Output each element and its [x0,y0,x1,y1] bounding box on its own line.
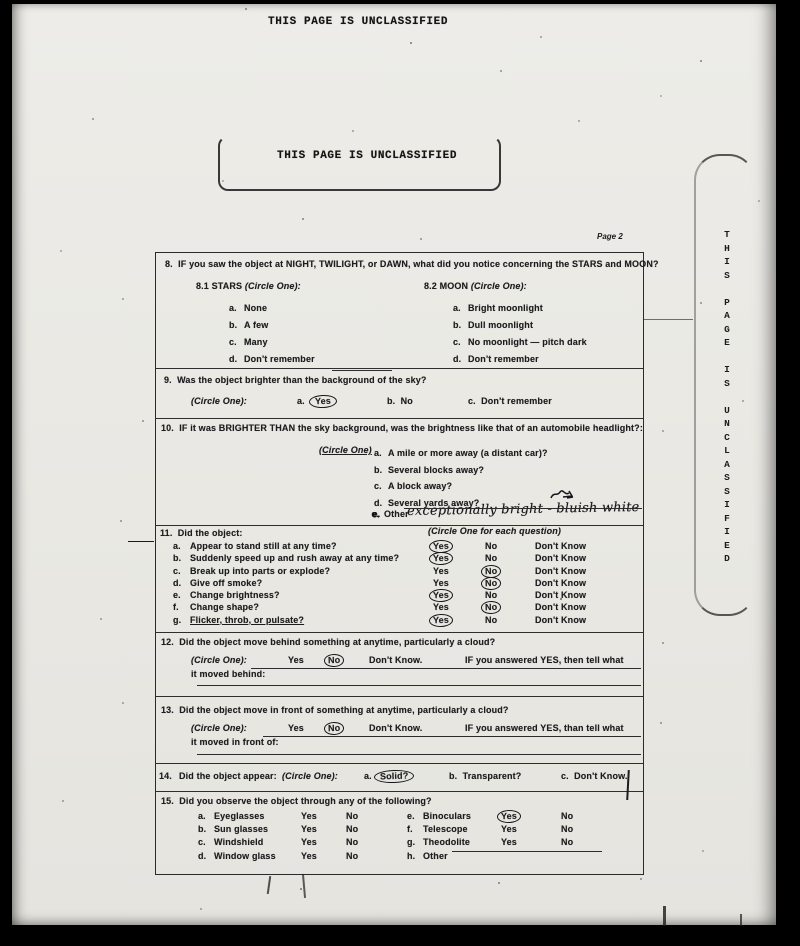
followup-text: it moved in front of: [191,737,279,747]
option-row: c.No moonlight — pitch dark [453,334,587,351]
circled-answer: Yes [429,552,453,566]
q11-rows: a. Appear to stand still at any time? Ye… [173,541,638,627]
circled-answer: Yes [497,810,521,824]
dont-know-option: Don't Know [535,553,586,563]
question-text: Did the object: [178,528,243,538]
no-option: No [561,811,573,821]
yes-option: Yes [433,578,485,588]
circle-one-label: (Circle One): [191,723,247,733]
circle-one-label: (Circle One): [471,281,527,291]
question-number: 9. [164,375,172,385]
circled-answer: Yes [429,589,453,603]
q8-moon-options: a.Bright moonlight b.Dull moonlight c.No… [453,300,587,368]
question-text: Was the object brighter than the backgro… [177,375,426,385]
no-option: No [346,811,358,821]
question-text: Did the object move behind something at … [179,637,495,647]
answer-line [197,685,641,686]
classification-stamp: THIS PAGE IS UNCLASSIFIED [277,150,457,162]
q8-moon-heading: 8.2 MOON [424,281,468,291]
divider [155,525,643,526]
strikeover-mark [332,370,392,371]
yes-option: Yes [288,655,304,665]
yes-option: Yes [501,824,561,834]
answer-line [197,754,641,755]
circle-one-label: (Circle One): [282,771,338,781]
no-option: No [485,615,535,625]
no-option: No [485,590,535,600]
divider [155,791,643,792]
scribble-mark-icon [550,489,576,501]
divider [155,696,643,697]
q10-options: a.A mile or more away (a distant car)? b… [374,445,548,510]
q15-row: a. Eyeglasses Yes No [198,811,398,824]
scanned-document-page: THIS PAGE IS UNCLASSIFIED THIS PAGE IS U… [0,0,800,946]
circled-answer: No [324,722,345,736]
q11-row: b. Suddenly speed up and rush away at an… [173,553,638,565]
q15-row: d. Window glass Yes No [198,851,398,864]
answer-line [251,668,641,669]
yes-option: Yes [301,851,346,861]
circled-answer: Yes [309,395,337,409]
yes-option: Yes [301,811,346,821]
stamp-bracket [218,136,501,191]
q15-row: g. Theodolite Yes No [407,837,637,850]
q15-row: c. Windshield Yes No [198,837,398,850]
no-option: No [485,541,535,551]
no-option: No [561,837,573,847]
question-number: 12. [161,637,174,647]
dont-know-option: Don't Know [535,541,586,551]
dont-know-option: Don't Know [535,590,586,600]
option-row: d.Don't remember [453,351,587,368]
answer-line [404,508,642,509]
answer-line [263,736,641,737]
q11-row: d. Give off smoke? Yes No Don't Know [173,578,638,590]
question-number: 13. [161,705,174,715]
circle-one-label: (Circle One) [319,445,372,455]
q15-row: h. Other [407,851,637,864]
question-number: 11. [160,528,172,538]
divider [155,632,643,633]
circled-answer: Yes [429,613,453,627]
q15-right-column: e. Binoculars Yes No f. Telescope Yes No… [407,811,637,864]
yes-option: Yes [301,824,346,834]
scan-noise [0,0,2,2]
question-number: 14. [159,771,172,781]
no-option: No [346,851,358,861]
q11-instruction: (Circle One for each question) [428,526,561,536]
q11-row: c. Break up into parts or explode? Yes N… [173,566,638,578]
q15-row: e. Binoculars Yes No [407,811,637,824]
stray-mark [643,319,693,320]
stray-mark [663,906,666,926]
question-text: IF you saw the object at NIGHT, TWILIGHT… [178,259,659,269]
q15-left-column: a. Eyeglasses Yes No b. Sun glasses Yes … [198,811,398,864]
circle-one-label: (Circle One): [191,655,247,665]
circled-answer: Solid? [374,769,415,783]
q11-row: a. Appear to stand still at any time? Ye… [173,541,638,553]
dont-know-option: Don't Know [535,578,586,588]
yes-option: Yes [288,723,304,733]
no-option: No [485,553,535,563]
followup-text: it moved behind: [191,669,265,679]
q11-row: g. Flicker, throb, or pulsate? Yes No Do… [173,615,638,627]
dont-know-option: Don't Know. [369,723,422,733]
divider [155,763,643,764]
question-text: Did the object appear: [179,771,277,781]
question-text: Did you observe the object through any o… [179,796,431,806]
stray-mark [128,541,154,542]
divider [155,418,643,419]
q15-row: f. Telescope Yes No [407,824,637,837]
circle-one-label: (Circle One): [191,396,247,406]
circled-answer: No [324,654,345,668]
no-option: No [346,837,358,847]
dont-know-option: Don't Know [535,566,586,576]
circled-answer: No [481,564,502,578]
circled-answer: No [481,577,502,591]
answer-line [452,851,602,852]
dont-know-option: Don't Know. [369,655,422,665]
dont-know-option: Don't Know [535,602,586,612]
circle-one-label: (Circle One): [245,281,301,291]
option-row: a.None [229,300,315,317]
option-row: d.Don't remember [229,351,315,368]
q8-stars-heading: 8.1 STARS [196,281,242,291]
option-row: c.Many [229,334,315,351]
followup-text: IF you answered YES, than tell what [465,723,624,733]
no-option: No [561,824,573,834]
question-text: IF it was BRIGHTER THAN the sky backgrou… [179,423,643,433]
question-number: 10. [161,423,174,433]
option-row: a.Bright moonlight [453,300,587,317]
handwritten-answer: exceptionally bright - bluish white [407,500,640,519]
questionnaire-box: 8. IF you saw the object at NIGHT, TWILI… [155,252,644,875]
yes-option: Yes [433,602,485,612]
question-text: Did the object move in front of somethin… [179,705,508,715]
option-row: a.A mile or more away (a distant car)? [374,445,548,462]
page-number-label: Page 2 [597,232,623,241]
followup-text: IF you answered YES, then tell what [465,655,624,665]
yes-option: Yes [501,837,561,847]
circled-answer: No [481,601,502,615]
question-number: 15. [161,796,174,806]
stray-mark [740,914,742,926]
q15-row: b. Sun glasses Yes No [198,824,398,837]
option-row: b.Dull moonlight [453,317,587,334]
option-row: b.Several blocks away? [374,462,548,479]
question-number: 8. [165,259,173,269]
q11-row: f. Change shape? Yes No Don't Know [173,602,638,614]
q8-stars-options: a.None b.A few c.Many d.Don't remember [229,300,315,368]
yes-option: Yes [301,837,346,847]
side-classification-label: T H I S P A G E I S U N C L A S S I F I … [720,228,734,566]
classification-banner-top: THIS PAGE IS UNCLASSIFIED [268,16,448,28]
option-row: b.A few [229,317,315,334]
no-option: No [346,824,358,834]
option-row: c.A block away? [374,478,548,495]
yes-option: Yes [433,566,485,576]
dont-know-option: Don't Know [535,615,586,625]
q11-row: e. Change brightness? Yes No Don't Know [173,590,638,602]
divider [155,368,643,369]
